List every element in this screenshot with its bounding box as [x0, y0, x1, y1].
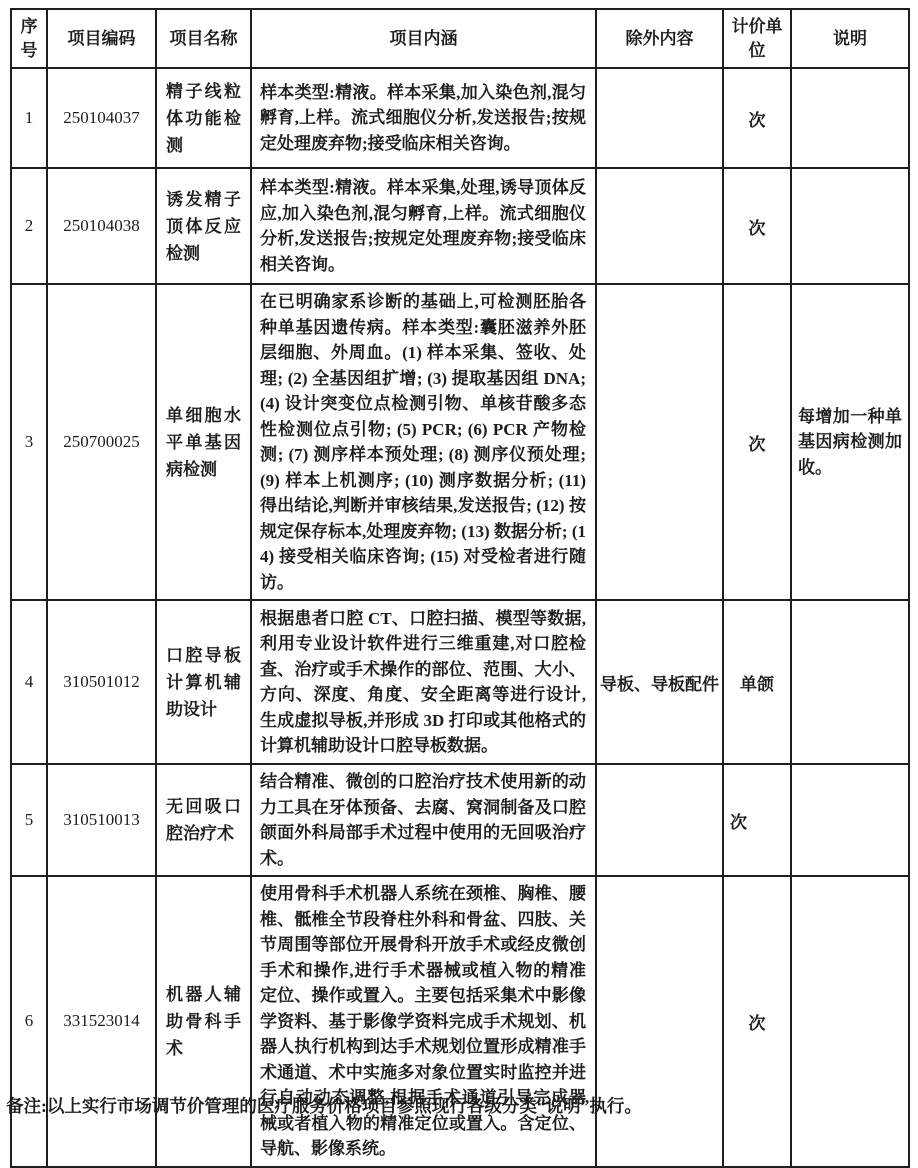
- header-content: 项目内涵: [251, 9, 596, 68]
- header-excluded: 除外内容: [596, 9, 723, 68]
- row-unit: 单颌: [723, 600, 791, 764]
- row-note: [791, 68, 909, 168]
- row-content: 结合精准、微创的口腔治疗技术使用新的动力工具在牙体预备、去腐、窝洞制备及口腔颌面…: [251, 764, 596, 876]
- row-content: 样本类型:精液。样本采集,加入染色剂,混匀孵育,上样。流式细胞仪分析,发送报告;…: [251, 68, 596, 168]
- row-excluded: [596, 876, 723, 1167]
- table-row: 5 310510013 无回吸口腔治疗术 结合精准、微创的口腔治疗技术使用新的动…: [11, 764, 909, 876]
- row-name: 精子线粒体功能检测: [156, 68, 251, 168]
- table-header-row: 序号 项目编码 项目名称 项目内涵 除外内容 计价单位 说明: [11, 9, 909, 68]
- row-seq: 3: [11, 284, 47, 600]
- row-name: 口腔导板计算机辅助设计: [156, 600, 251, 764]
- table-row: 2 250104038 诱发精子顶体反应检测 样本类型:精液。样本采集,处理,诱…: [11, 168, 909, 284]
- row-name: 机器人辅助骨科手术: [156, 876, 251, 1167]
- remark-note: 备注:以上实行市场调节价管理的医疗服务价格项目参照现行各级分类“说明”执行。: [6, 1094, 906, 1118]
- row-code: 250104037: [47, 68, 156, 168]
- row-excluded: [596, 284, 723, 600]
- row-content: 使用骨科手术机器人系统在颈椎、胸椎、腰椎、骶椎全节段脊柱外科和骨盆、四肢、关节周…: [251, 876, 596, 1167]
- header-note: 说明: [791, 9, 909, 68]
- row-unit: 次: [723, 876, 791, 1167]
- row-excluded: [596, 68, 723, 168]
- row-unit: 次: [723, 168, 791, 284]
- row-note: [791, 764, 909, 876]
- row-excluded: 导板、导板配件: [596, 600, 723, 764]
- row-excluded: [596, 764, 723, 876]
- row-name: 无回吸口腔治疗术: [156, 764, 251, 876]
- row-note: [791, 168, 909, 284]
- row-unit: 次: [723, 764, 791, 876]
- row-note: 每增加一种单基因病检测加收。: [791, 284, 909, 600]
- row-seq: 1: [11, 68, 47, 168]
- row-seq: 5: [11, 764, 47, 876]
- document-page: 序号 项目编码 项目名称 项目内涵 除外内容 计价单位 说明 1 2501040…: [0, 0, 918, 1125]
- row-seq: 4: [11, 600, 47, 764]
- row-unit: 次: [723, 68, 791, 168]
- row-seq: 2: [11, 168, 47, 284]
- row-content: 样本类型:精液。样本采集,处理,诱导顶体反应,加入染色剂,混匀孵育,上样。流式细…: [251, 168, 596, 284]
- row-code: 250104038: [47, 168, 156, 284]
- header-seq: 序号: [11, 9, 47, 68]
- row-name: 诱发精子顶体反应检测: [156, 168, 251, 284]
- row-code: 250700025: [47, 284, 156, 600]
- row-name: 单细胞水平单基因病检测: [156, 284, 251, 600]
- table-row: 6 331523014 机器人辅助骨科手术 使用骨科手术机器人系统在颈椎、胸椎、…: [11, 876, 909, 1167]
- row-content: 在已明确家系诊断的基础上,可检测胚胎各种单基因遗传病。样本类型:囊胚滋养外胚层细…: [251, 284, 596, 600]
- header-unit: 计价单位: [723, 9, 791, 68]
- row-code: 310510013: [47, 764, 156, 876]
- row-note: [791, 600, 909, 764]
- table-row: 4 310501012 口腔导板计算机辅助设计 根据患者口腔 CT、口腔扫描、模…: [11, 600, 909, 764]
- table-row: 3 250700025 单细胞水平单基因病检测 在已明确家系诊断的基础上,可检测…: [11, 284, 909, 600]
- row-unit: 次: [723, 284, 791, 600]
- header-name: 项目名称: [156, 9, 251, 68]
- table-row: 1 250104037 精子线粒体功能检测 样本类型:精液。样本采集,加入染色剂…: [11, 68, 909, 168]
- row-content: 根据患者口腔 CT、口腔扫描、模型等数据,利用专业设计软件进行三维重建,对口腔检…: [251, 600, 596, 764]
- medical-service-price-table: 序号 项目编码 项目名称 项目内涵 除外内容 计价单位 说明 1 2501040…: [10, 8, 910, 1168]
- row-seq: 6: [11, 876, 47, 1167]
- row-code: 310501012: [47, 600, 156, 764]
- row-excluded: [596, 168, 723, 284]
- header-code: 项目编码: [47, 9, 156, 68]
- row-note: [791, 876, 909, 1167]
- row-code: 331523014: [47, 876, 156, 1167]
